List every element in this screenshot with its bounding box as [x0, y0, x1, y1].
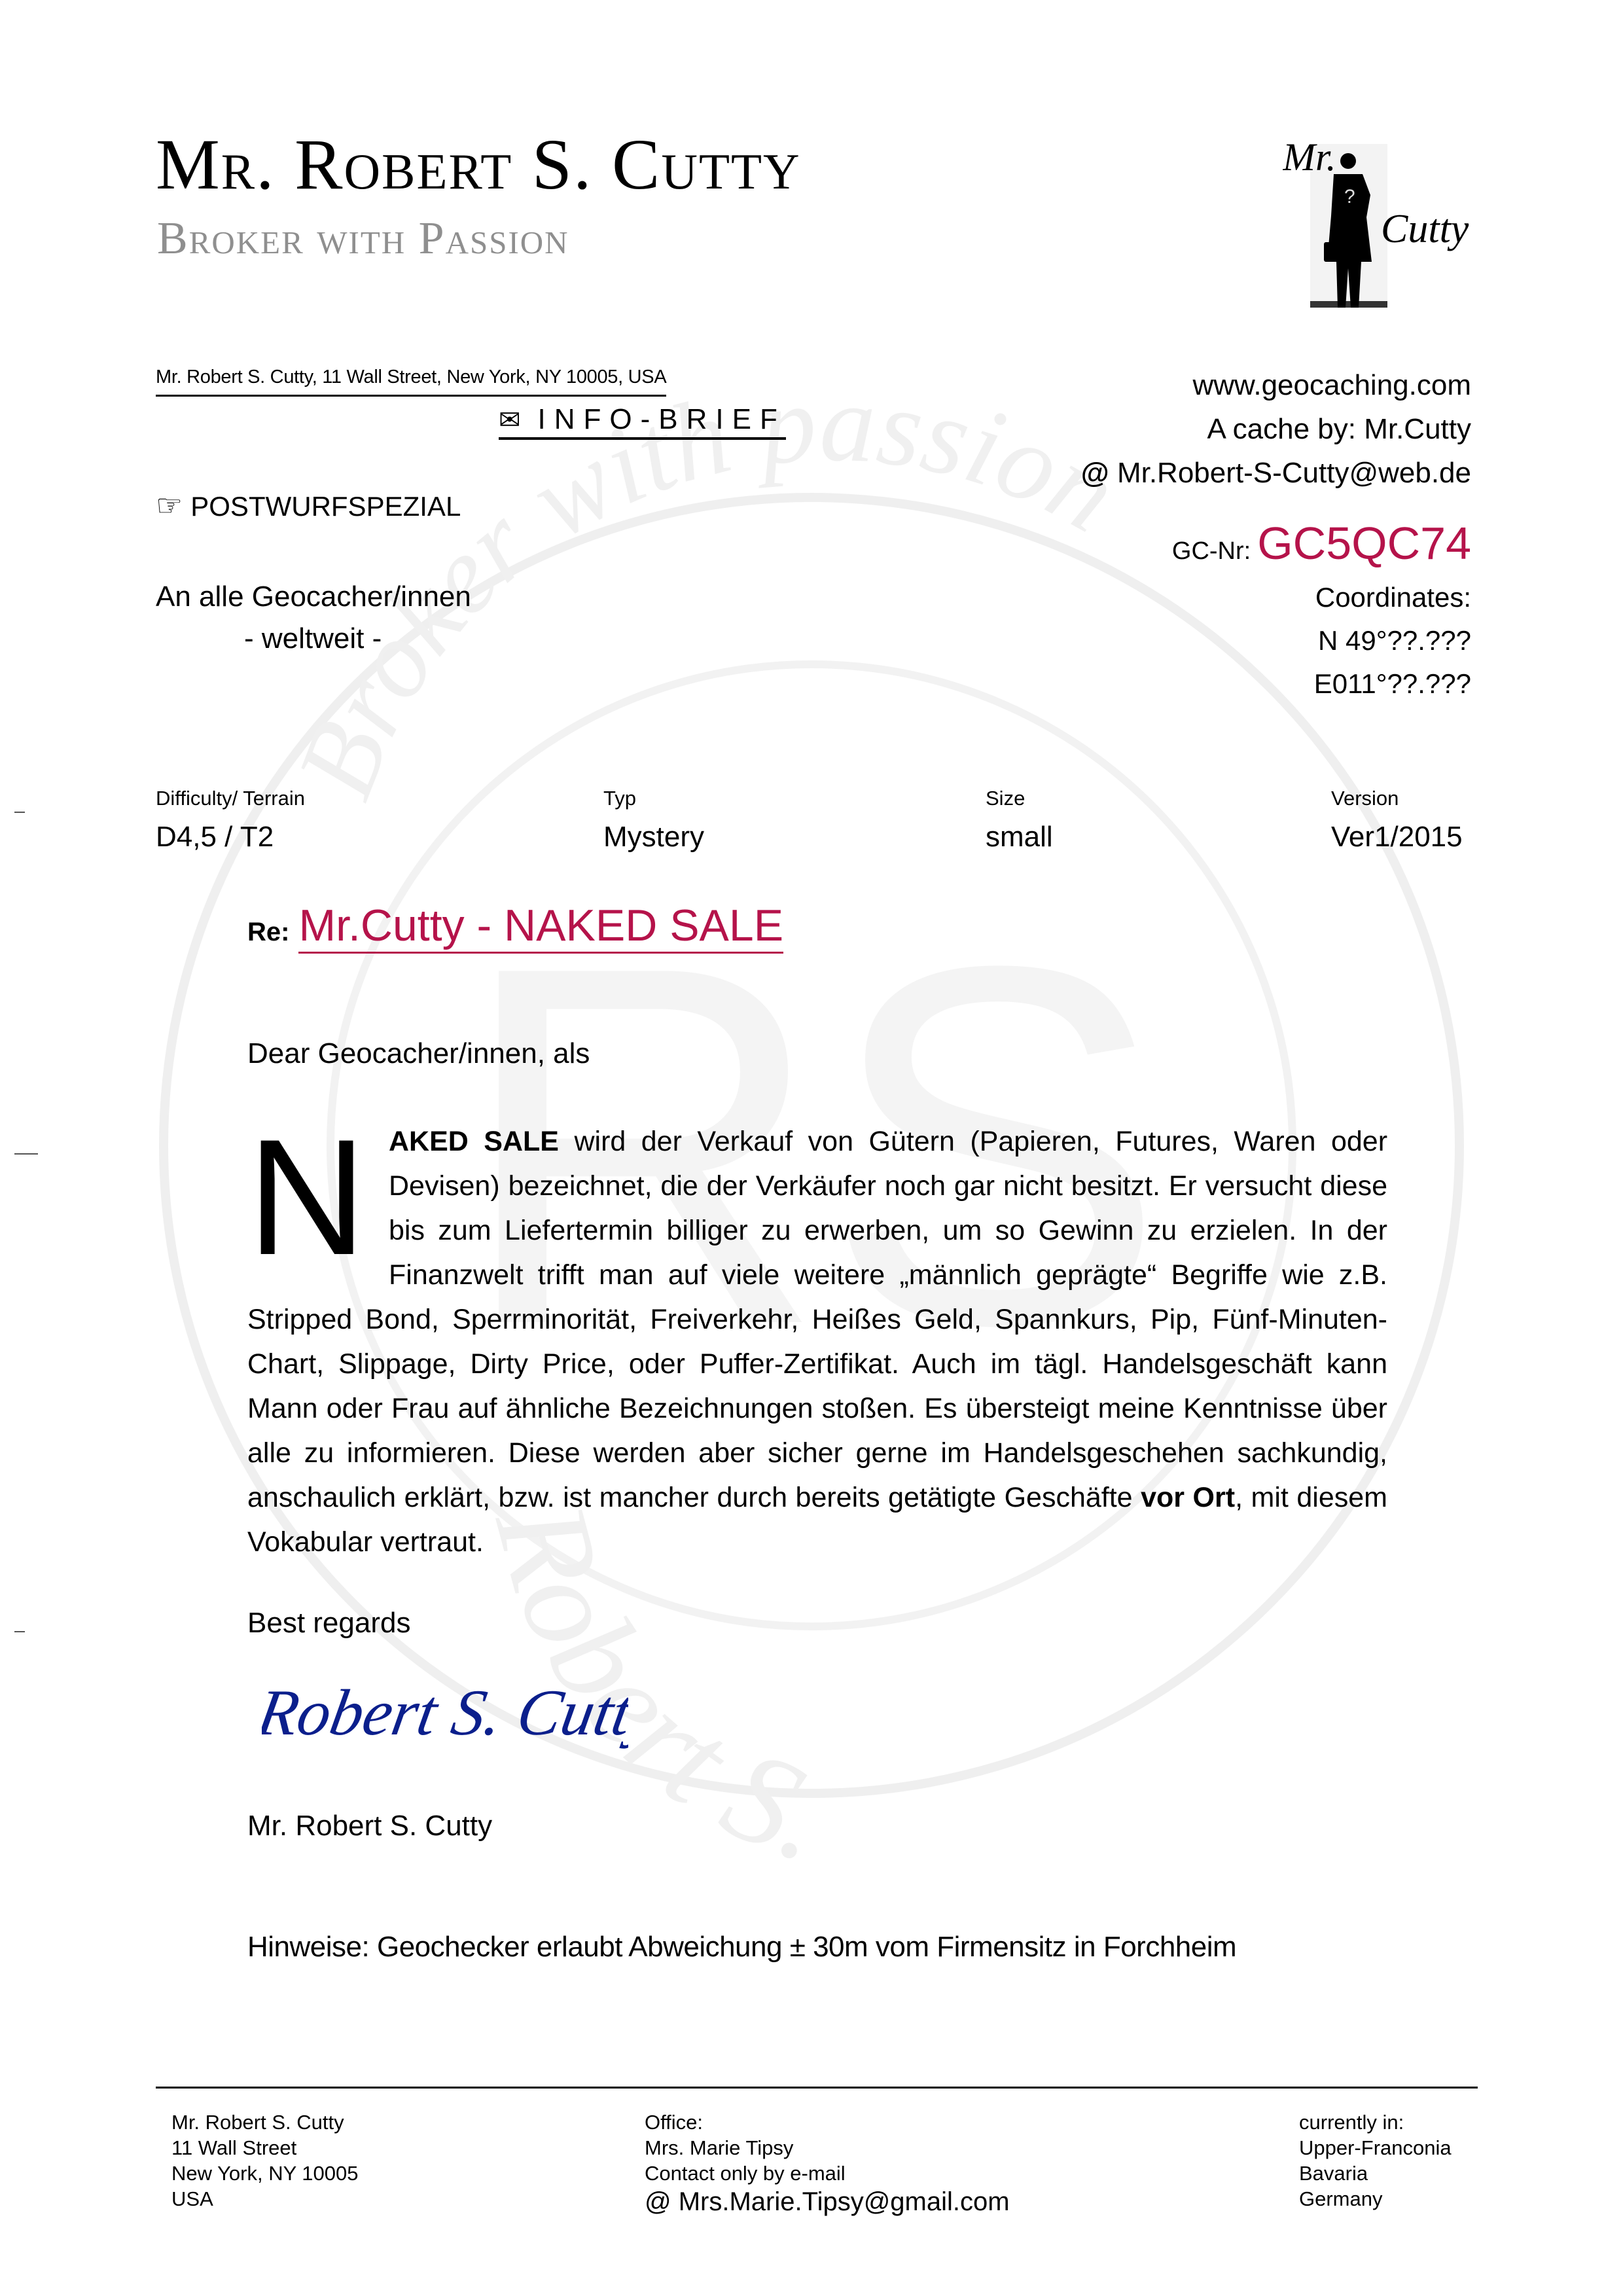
recipient-block: An alle Geocacher/innen - weltweit - [156, 576, 471, 660]
hint-text: Hinweise: Geochecker erlaubt Abweichung … [247, 1931, 1236, 1964]
handwritten-signature: Robert S. Cutty [262, 1656, 628, 1774]
body-lead-bold: AKED SALE [389, 1126, 559, 1157]
footer-office: Office: Mrs. Marie Tipsy Contact only by… [645, 2109, 1010, 2217]
coordinates-north: N 49°??.??? [1314, 619, 1471, 662]
punch-mark [14, 1153, 38, 1155]
svg-text:Robert S. Cutty: Robert S. Cutty [262, 1676, 628, 1749]
cache-owner: A cache by: Mr.Cutty [1081, 407, 1471, 451]
pointing-hand-icon: ☞ [156, 488, 183, 522]
footer-location: currently in: Upper-Franconia Bavaria Ge… [1299, 2109, 1452, 2212]
sender-address-line: Mr. Robert S. Cutty, 11 Wall Street, New… [156, 367, 666, 397]
salutation: Dear Geocacher/innen, als [247, 1037, 590, 1070]
contact-block: www.geocaching.com A cache by: Mr.Cutty … [1081, 363, 1471, 495]
cache-info-grid: Difficulty/ Terrain D4,5 / T2 Typ Myster… [156, 785, 1472, 877]
body-text-part1: wird der Verkauf von Gütern (Papieren, F… [247, 1126, 1387, 1513]
mr-cutty-logo: ? Mr. Cutty [1283, 111, 1479, 308]
postwurf-label: ☞POSTWURFSPEZIAL [156, 488, 461, 523]
recipient-line-1: An alle Geocacher/innen [156, 576, 471, 618]
office-email-link[interactable]: Mrs.Marie.Tipsy@gmail.com [679, 2187, 1010, 2216]
gc-number-label: GC-Nr: [1172, 537, 1251, 565]
coordinates-label: Coordinates: [1314, 576, 1471, 619]
at-icon: @ [1081, 457, 1109, 489]
cache-info-version: Version Ver1/2015 [1331, 785, 1463, 853]
website-link[interactable]: www.geocaching.com [1081, 363, 1471, 407]
fold-mark [14, 1631, 25, 1632]
cache-info-type: Typ Mystery [603, 785, 704, 853]
coordinates-east: E011°??.??? [1314, 662, 1471, 706]
cache-info-difficulty: Difficulty/ Terrain D4,5 / T2 [156, 785, 305, 853]
drop-cap: N [247, 1132, 366, 1263]
letter-body: NAKED SALE wird der Verkauf von Gütern (… [247, 1119, 1387, 1564]
subject-title: Mr.Cutty - NAKED SALE [298, 901, 783, 954]
recipient-line-2: - weltweit - [156, 618, 471, 660]
subject-line: Re:Mr.Cutty - NAKED SALE [247, 900, 783, 951]
signed-name: Mr. Robert S. Cutty [247, 1810, 492, 1842]
svg-text:Cutty: Cutty [1381, 207, 1469, 251]
question-mark-icon: ? [1344, 186, 1355, 207]
footer-divider [156, 2087, 1478, 2089]
letterhead-name: Mr. Robert S. Cutty [156, 128, 801, 200]
at-icon: @ [645, 2187, 671, 2216]
fold-mark [14, 812, 25, 813]
letterhead-tagline: Broker with Passion [157, 216, 569, 262]
gc-number: GC-Nr:GC5QC74 [1172, 517, 1471, 569]
owner-email-link[interactable]: Mr.Robert-S-Cutty@web.de [1117, 457, 1471, 489]
subject-prefix: Re: [247, 918, 289, 946]
closing-regards: Best regards [247, 1607, 410, 1640]
cache-info-size: Size small [986, 785, 1053, 853]
info-brief-label: ✉INFO-BRIEF [499, 403, 786, 440]
footer-address: Mr. Robert S. Cutty 11 Wall Street New Y… [171, 2109, 359, 2212]
svg-text:Mr.: Mr. [1283, 135, 1336, 179]
coordinates-block: Coordinates: N 49°??.??? E011°??.??? [1314, 576, 1471, 706]
body-bold-vor-ort: vor Ort [1141, 1482, 1235, 1513]
envelope-icon: ✉ [499, 406, 521, 435]
gc-code: GC5QC74 [1257, 518, 1471, 569]
